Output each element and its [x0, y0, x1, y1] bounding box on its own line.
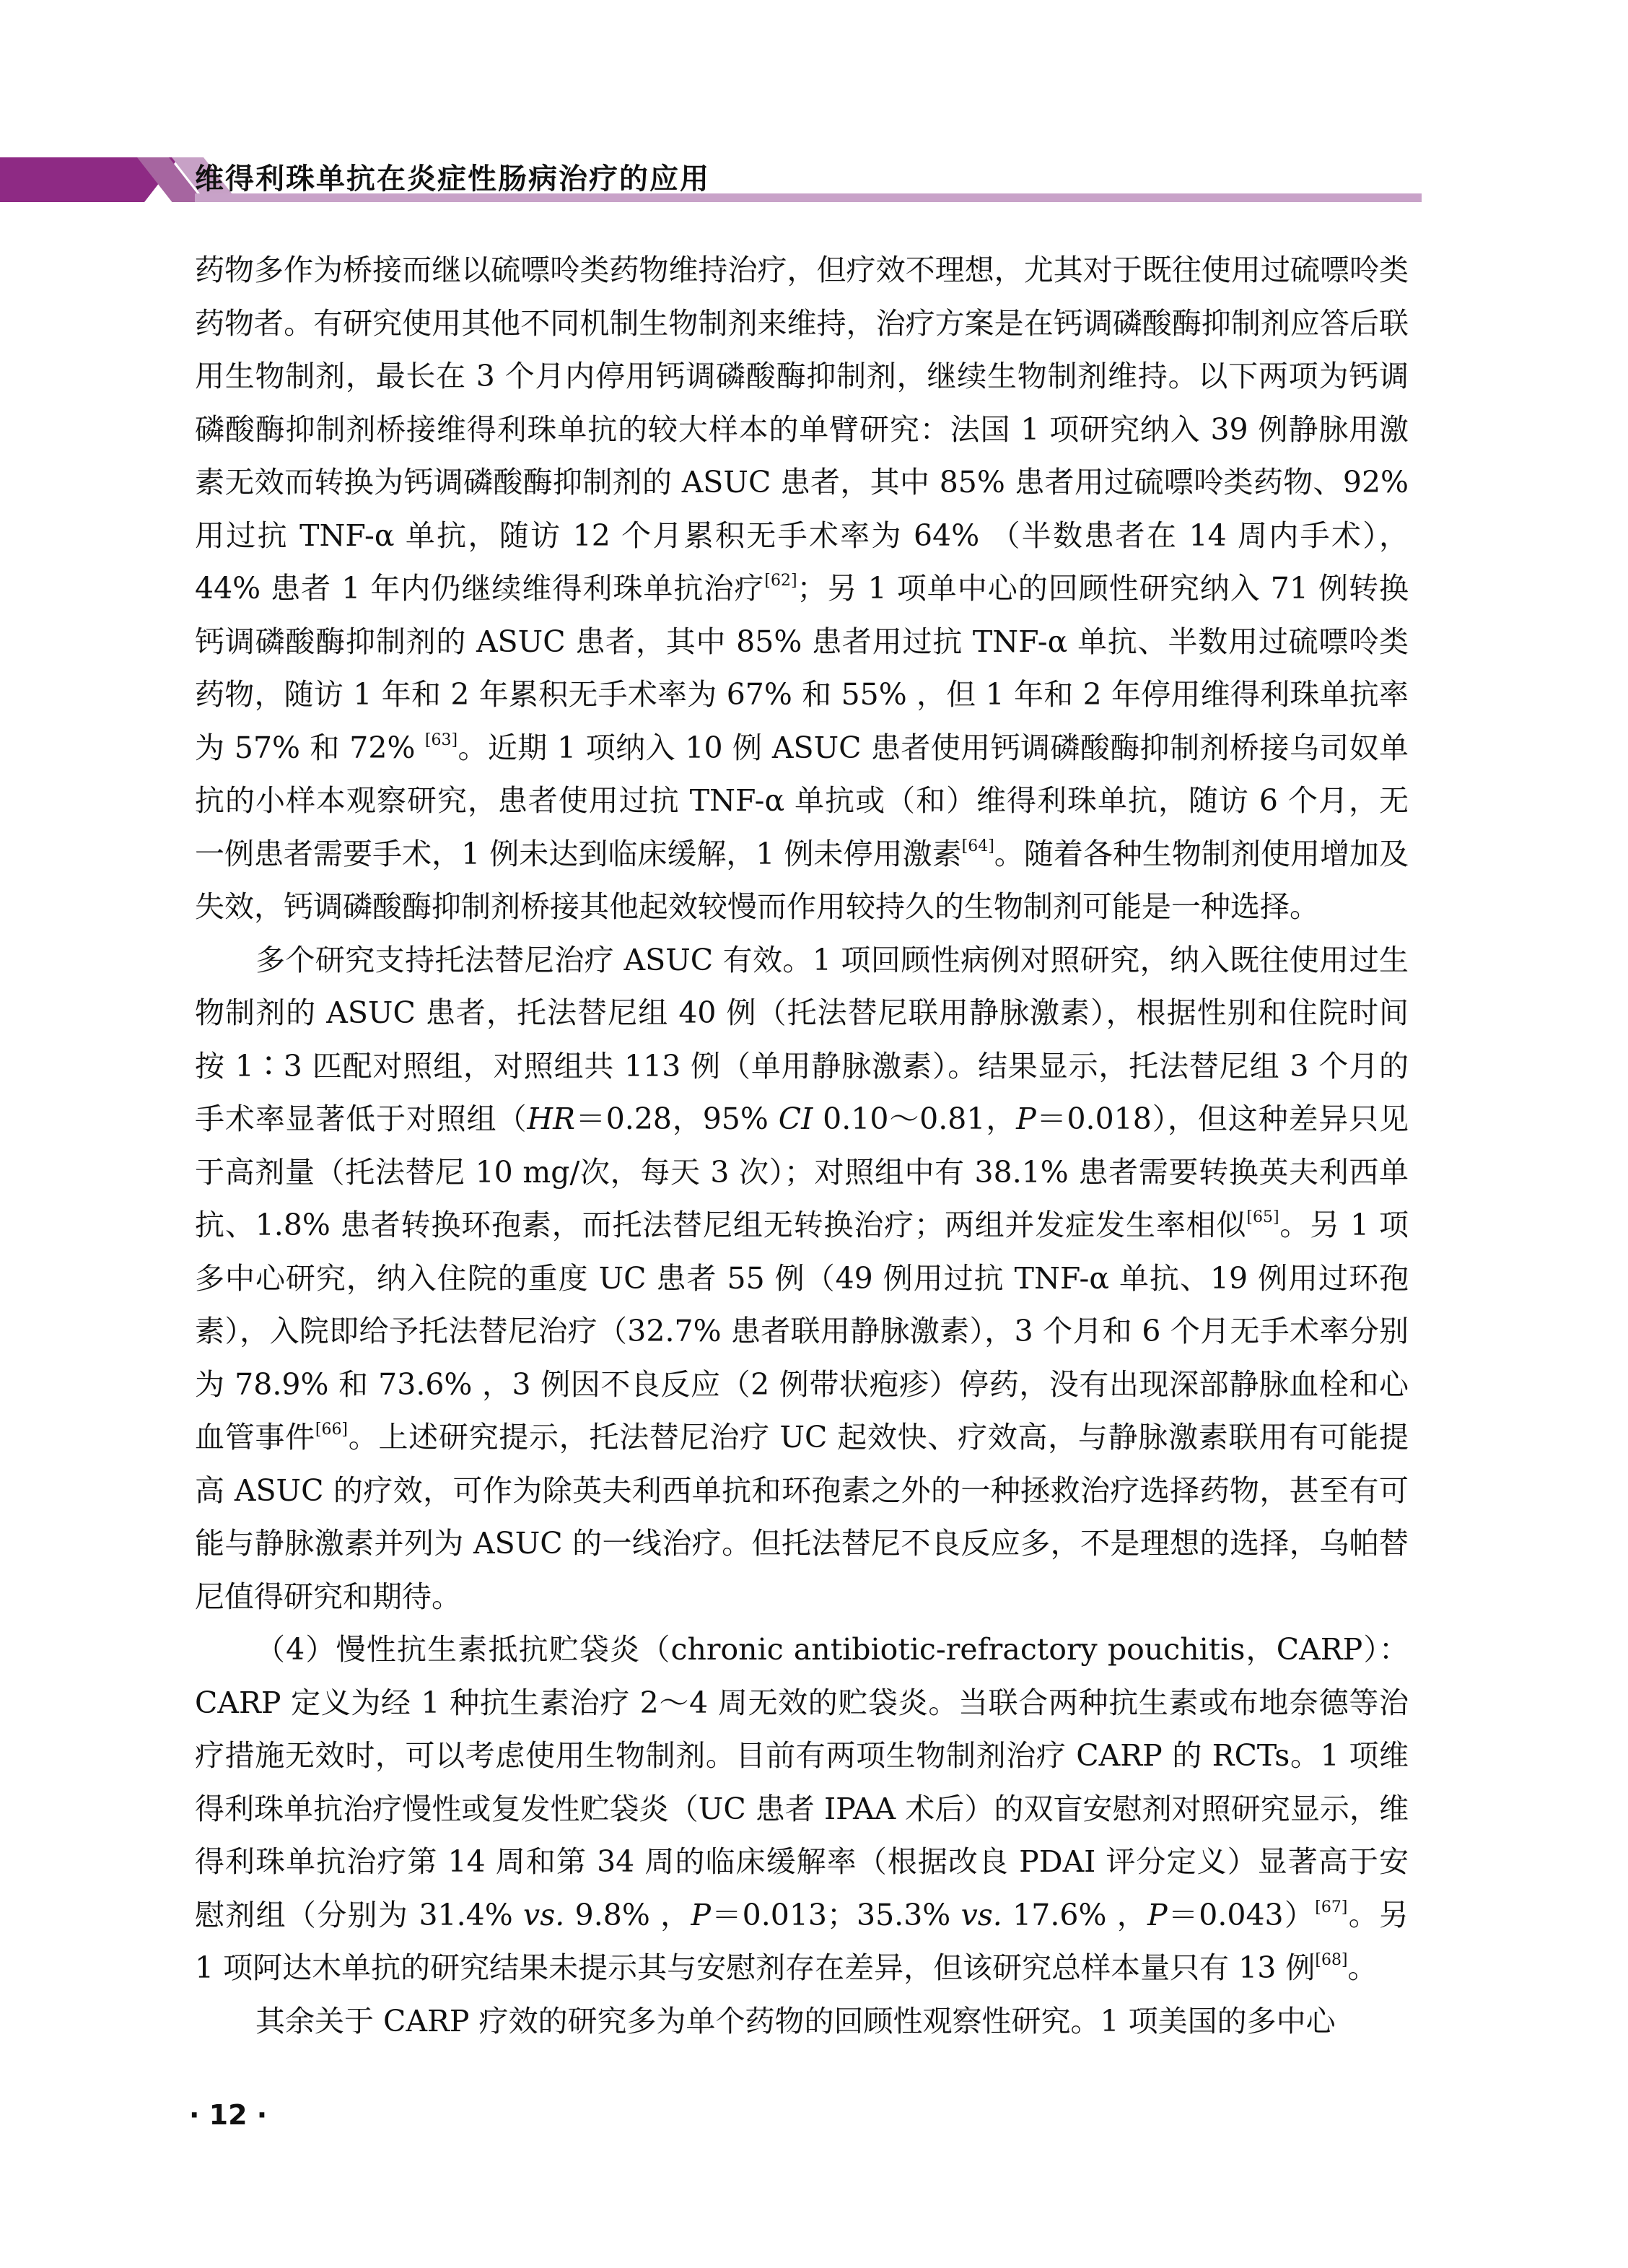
running-header: 维得利珠单抗在炎症性肠病治疗的应用 [0, 157, 1628, 202]
italic-term: P [1016, 1102, 1036, 1136]
citation-ref: [67] [1315, 1898, 1347, 1916]
text-run: （4）慢性抗生素抵抗贮袋炎（chronic antibiotic-refract… [195, 1632, 1409, 1932]
header-color-block [0, 157, 144, 202]
text-run: 0.10～0.81， [813, 1102, 1016, 1136]
italic-term: P [691, 1898, 711, 1932]
text-run: 。另 1 项多中心研究，纳入住院的重度 UC 患者 55 例（49 例用过抗 T… [195, 1208, 1409, 1454]
text-run: 。上述研究提示，托法替尼治疗 UC 起效快、疗效高，与静脉激素联用有可能提高 A… [195, 1420, 1409, 1614]
italic-term: vs. [523, 1898, 564, 1932]
text-run: ＝0.28，95% [575, 1102, 779, 1136]
citation-ref: [68] [1315, 1951, 1347, 1969]
citation-ref: [64] [962, 837, 994, 855]
citation-ref: [63] [425, 731, 458, 749]
page-number: · 12 · [189, 2099, 267, 2131]
italic-term: P [1147, 1898, 1168, 1932]
text-run: ＝0.013；35.3% [711, 1898, 961, 1932]
paragraph: 多个研究支持托法替尼治疗 ASUC 有效。1 项回顾性病例对照研究，纳入既往使用… [195, 934, 1409, 1624]
text-run: 药物多作为桥接而继以硫嘌呤类药物维持治疗，但疗效不理想，尤其对于既往使用过硫嘌呤… [195, 253, 1409, 606]
text-run: ＝0.043） [1168, 1898, 1316, 1932]
citation-ref: [66] [315, 1421, 348, 1439]
italic-term: CI [779, 1102, 813, 1136]
text-run: 9.8% ， [564, 1898, 691, 1932]
italic-term: vs. [961, 1898, 1002, 1932]
text-run: 。 [1348, 1950, 1378, 1985]
paragraph: （4）慢性抗生素抵抗贮袋炎（chronic antibiotic-refract… [195, 1623, 1409, 1995]
paragraph: 其余关于 CARP 疗效的研究多为单个药物的回顾性观察性研究。1 项美国的多中心 [195, 1995, 1409, 2049]
header-title: 维得利珠单抗在炎症性肠病治疗的应用 [195, 156, 710, 197]
italic-term: HR [527, 1102, 575, 1136]
text-run: 17.6% ， [1002, 1898, 1147, 1932]
citation-ref: [65] [1246, 1208, 1279, 1226]
citation-ref: [62] [764, 572, 797, 590]
text-run: 其余关于 CARP 疗效的研究多为单个药物的回顾性观察性研究。1 项美国的多中心 [255, 2004, 1336, 2038]
body-text: 药物多作为桥接而继以硫嘌呤类药物维持治疗，但疗效不理想，尤其对于既往使用过硫嘌呤… [195, 244, 1409, 2048]
paragraph: 药物多作为桥接而继以硫嘌呤类药物维持治疗，但疗效不理想，尤其对于既往使用过硫嘌呤… [195, 244, 1409, 934]
